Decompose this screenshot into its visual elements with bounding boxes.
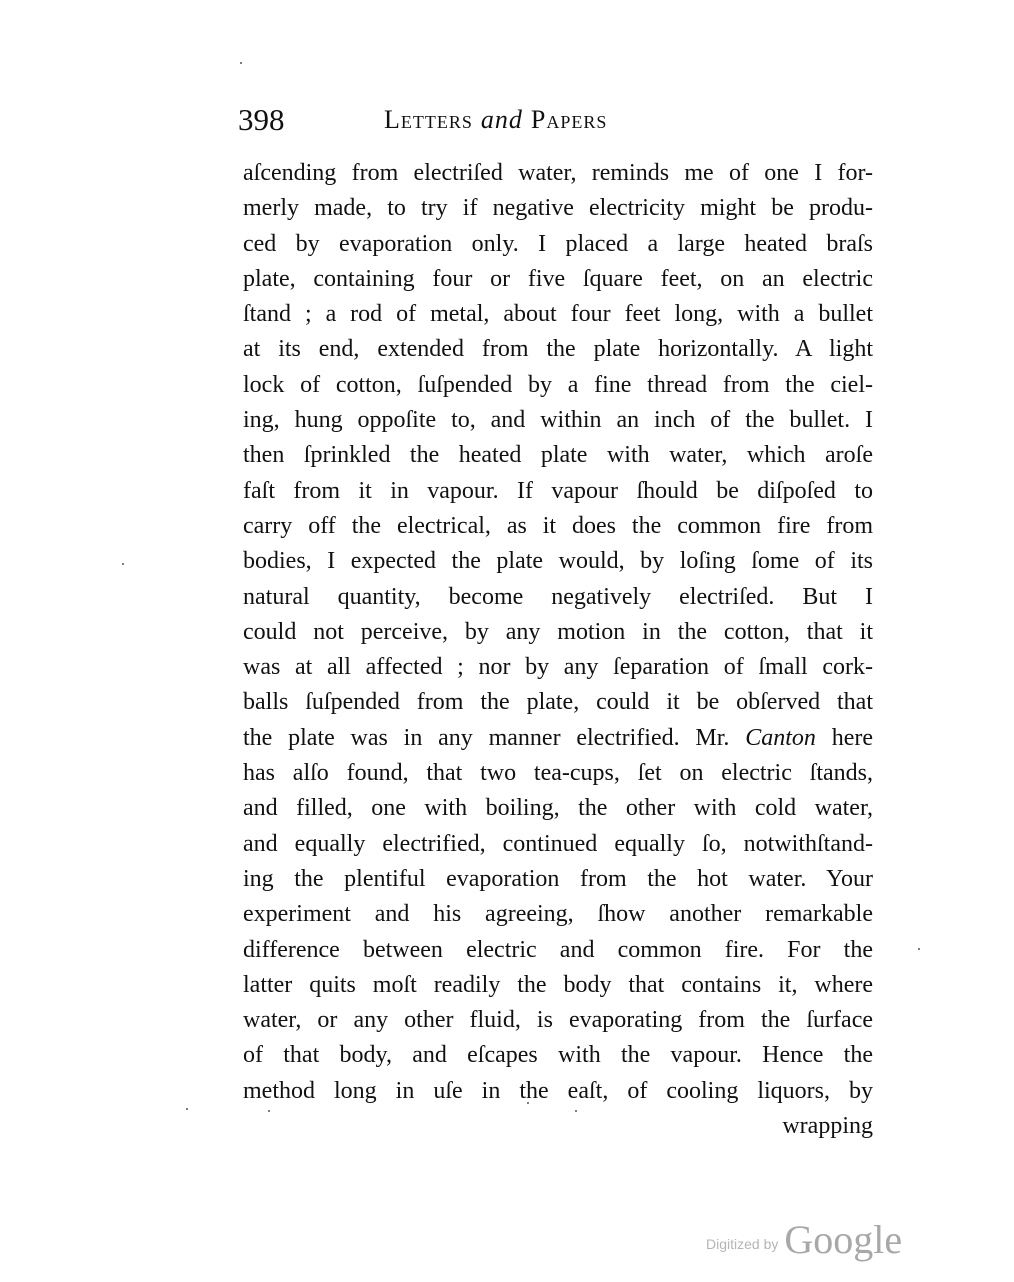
text-line: method long in uſe in the eaſt, of cooli… xyxy=(243,1074,873,1109)
running-title-part2: Papers xyxy=(531,105,607,134)
digitized-label: Digitized by xyxy=(706,1236,778,1252)
digitized-by-watermark: Digitized by Google xyxy=(706,1216,902,1263)
text-line: aſcending from electriſed water, reminds… xyxy=(243,156,873,191)
text-line: experiment and his agreeing, ſhow anothe… xyxy=(243,897,873,932)
text-line: ing, hung oppoſite to, and within an inc… xyxy=(243,403,873,438)
text-line-head: the plate was in any manner electrified.… xyxy=(243,725,729,751)
text-line: of that body, and eſcapes with the vapou… xyxy=(243,1038,873,1073)
text-line: merly made, to try if negative electrici… xyxy=(243,191,873,226)
text-line: natural quantity, become negatively elec… xyxy=(243,580,873,615)
scan-speck xyxy=(918,948,920,950)
scan-speck xyxy=(122,563,124,565)
text-line: bodies, I expected the plate would, by l… xyxy=(243,544,873,579)
text-line: difference between electric and common f… xyxy=(243,933,873,968)
running-header: 398 LettersandPapers xyxy=(238,100,878,140)
running-title: LettersandPapers xyxy=(384,100,607,140)
page-number: 398 xyxy=(238,100,285,140)
text-line: has alſo found, that two tea-cups, ſet o… xyxy=(243,756,873,791)
text-line: then ſprinkled the heated plate with wat… xyxy=(243,438,873,473)
text-line: ſtand ; a rod of metal, about four feet … xyxy=(243,297,873,332)
catchword: wrapping xyxy=(243,1109,873,1144)
text-line: balls ſuſpended from the plate, could it… xyxy=(243,685,873,720)
text-line: ing the plentiful evaporation from the h… xyxy=(243,862,873,897)
text-line-with-name: the plate was in any manner electrified.… xyxy=(243,721,873,756)
text-line: could not perceive, by any motion in the… xyxy=(243,615,873,650)
text-line: latter quits moſt readily the body that … xyxy=(243,968,873,1003)
text-line: plate, containing four or five ſquare fe… xyxy=(243,262,873,297)
scan-speck xyxy=(575,1110,577,1112)
scan-speck xyxy=(240,62,242,64)
scan-speck xyxy=(527,1102,529,1104)
text-line: ced by evaporation only. I placed a larg… xyxy=(243,227,873,262)
text-line: lock of cotton, ſuſpended by a fine thre… xyxy=(243,368,873,403)
google-logo: Google xyxy=(784,1217,902,1262)
page-body-text: aſcending from electriſed water, reminds… xyxy=(243,156,873,1144)
text-line: at its end, extended from the plate hori… xyxy=(243,332,873,367)
person-name-canton: Canton xyxy=(745,725,816,751)
text-line: and filled, one with boiling, the other … xyxy=(243,791,873,826)
text-line: water, or any other fluid, is evaporatin… xyxy=(243,1003,873,1038)
scan-speck xyxy=(186,1108,188,1110)
running-title-and: and xyxy=(481,105,523,134)
scan-speck xyxy=(268,1110,270,1112)
running-title-part1: Letters xyxy=(384,105,473,134)
text-line: faſt from it in vapour. If vapour ſhould… xyxy=(243,474,873,509)
text-line: carry off the electrical, as it does the… xyxy=(243,509,873,544)
text-line: was at all affected ; nor by any ſeparat… xyxy=(243,650,873,685)
text-line: and equally electrified, continued equal… xyxy=(243,827,873,862)
text-line-tail: here xyxy=(832,725,873,751)
